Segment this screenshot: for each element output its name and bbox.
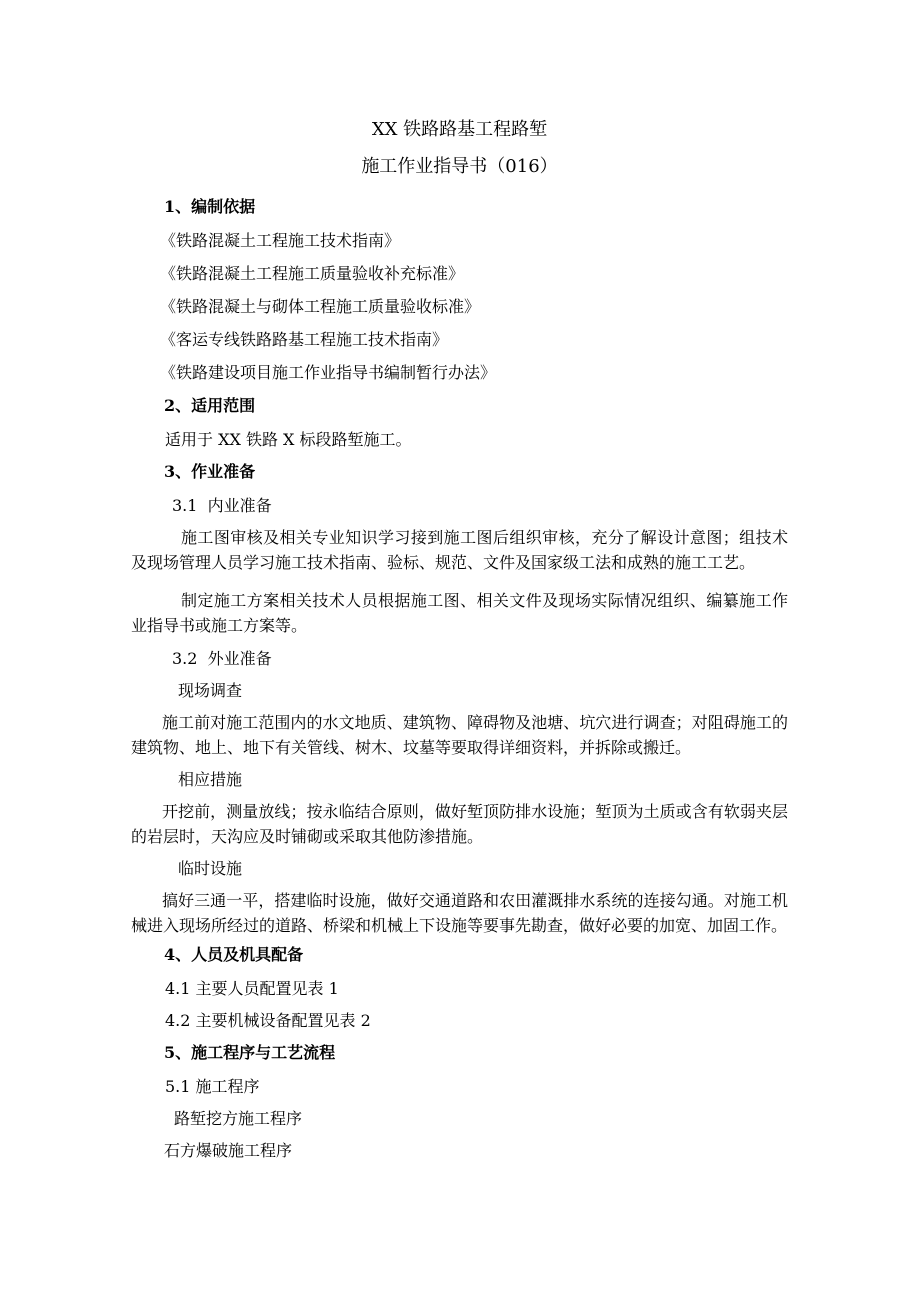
sub-heading-3-1: 3.1 内业准备 xyxy=(131,493,788,518)
body-paragraph: 制定施工方案相关技术人员根据施工图、相关文件及现场实际情况组织、编纂施工作业指导… xyxy=(131,588,788,638)
reference-item: 《铁路混凝土工程施工技术指南》 xyxy=(131,228,788,253)
section-heading-4: 4、人员及机具配备 xyxy=(131,942,788,967)
document-subtitle: 施工作业指导书（016） xyxy=(131,154,788,180)
document-title: XX 铁路路基工程路堑 xyxy=(131,117,788,143)
section-heading-1: 1、编制依据 xyxy=(131,194,788,219)
reference-item: 《客运专线铁路路基工程施工技术指南》 xyxy=(131,327,788,352)
body-paragraph: 施工图审核及相关专业知识学习接到施工图后组织审核，充分了解设计意图；组技术及现场… xyxy=(131,525,788,575)
section-heading-5: 5、施工程序与工艺流程 xyxy=(131,1040,788,1065)
list-item: 路堑挖方施工程序 xyxy=(131,1106,788,1131)
reference-item: 《铁路混凝土与砌体工程施工质量验收标准》 xyxy=(131,294,788,319)
section-heading-2: 2、适用范围 xyxy=(131,393,788,418)
body-paragraph: 搞好三通一平，搭建临时设施，做好交通道路和农田灌溉排水系统的连接勾通。对施工机械… xyxy=(131,888,788,938)
sub-heading-4-1: 4.1 主要人员配置见表 1 xyxy=(131,976,788,1001)
reference-item: 《铁路混凝土工程施工质量验收补充标准》 xyxy=(131,261,788,286)
document-content: XX 铁路路基工程路堑 施工作业指导书（016） 1、编制依据 《铁路混凝土工程… xyxy=(131,117,788,1170)
body-paragraph: 施工前对施工范围内的水文地质、建筑物、障碍物及池塘、坑穴进行调查；对阻碍施工的建… xyxy=(131,710,788,760)
list-item: 临时设施 xyxy=(131,856,788,881)
reference-item: 《铁路建设项目施工作业指导书编制暂行办法》 xyxy=(131,360,788,385)
body-paragraph: 开挖前，测量放线；按永临结合原则，做好堑顶防排水设施；堑顶为土质或含有软弱夹层的… xyxy=(131,799,788,849)
section-heading-3: 3、作业准备 xyxy=(131,459,788,484)
list-item: 相应措施 xyxy=(131,767,788,792)
sub-heading-5-1: 5.1 施工程序 xyxy=(131,1074,788,1099)
body-line: 适用于 XX 铁路 X 标段路堑施工。 xyxy=(131,427,788,452)
document-page: XX 铁路路基工程路堑 施工作业指导书（016） 1、编制依据 《铁路混凝土工程… xyxy=(0,0,920,1302)
list-item: 现场调查 xyxy=(131,678,788,703)
sub-heading-3-2: 3.2 外业准备 xyxy=(131,646,788,671)
list-item: 石方爆破施工程序 xyxy=(131,1138,788,1163)
sub-heading-4-2: 4.2 主要机械设备配置见表 2 xyxy=(131,1008,788,1033)
